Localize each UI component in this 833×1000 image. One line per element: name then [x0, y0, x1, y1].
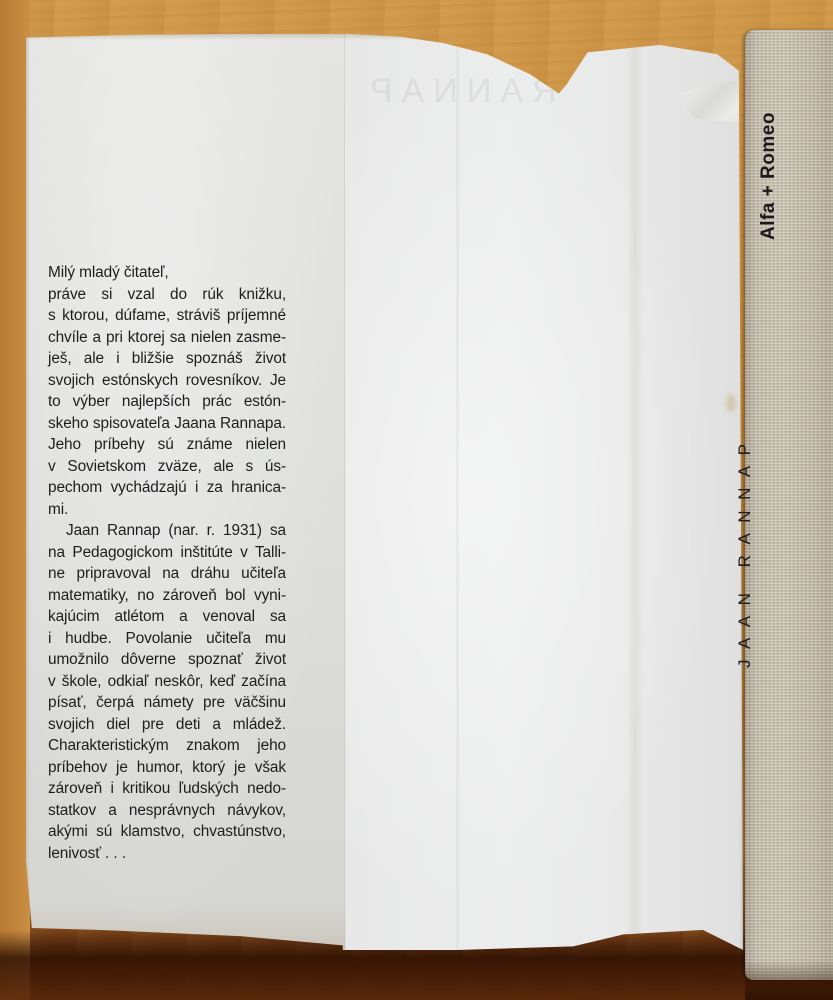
blurb-line: chvíle a pri ktorej sa nielen zasme-	[48, 327, 286, 349]
blurb-paragraph-2: Jaan Rannap (nar. r. 1931) sa na Pedagog…	[48, 520, 286, 864]
blurb-line: svojich estónskych rovesníkov. Je	[48, 370, 286, 392]
blurb-line: zároveň i kritikou ľudských nedo-	[48, 778, 286, 800]
blurb-line: príbehov je humor, ktorý je však	[48, 757, 286, 779]
blurb-line: lenivosť . . .	[48, 843, 286, 865]
blurb-line: na Pedagogickom inštitúte v Talli-	[48, 542, 286, 564]
blurb-line: písať, čerpá námety pre väčšinu	[48, 692, 286, 714]
blurb-line: akými sú klamstvo, chvastúnstvo,	[48, 821, 286, 843]
blurb-line: v Sovietskom zväze, ale s ús-	[48, 456, 286, 478]
blurb-line: Jaan Rannap (nar. r. 1931) sa	[48, 520, 286, 542]
paper-stain	[726, 394, 736, 412]
spine-shadow	[745, 960, 833, 1000]
blurb-line: mi.	[48, 499, 286, 521]
blurb-line: Milý mladý čitateľ,	[48, 262, 286, 284]
spine-author: JAAN RANNAP	[735, 433, 755, 668]
table-edge	[0, 0, 30, 1000]
blurb-line: Charakteristickým znakom jeho	[48, 735, 286, 757]
show-through-title: RANNAP	[361, 72, 557, 111]
blurb-line: i hudbe. Povolanie učiteľa mu	[48, 628, 286, 650]
blurb-line: matematiky, no zároveň bol vyni-	[48, 585, 286, 607]
blurb-line: práve si vzal do rúk knižku,	[48, 284, 286, 306]
flap-blurb: Milý mladý čitateľ, práve si vzal do rúk…	[48, 262, 286, 864]
jacket-back-panel	[346, 34, 746, 950]
blurb-line: svojich diel pre deti a mládež.	[48, 714, 286, 736]
blurb-line: s ktorou, dúfame, stráviš príjemné	[48, 305, 286, 327]
flap-edge	[26, 34, 30, 950]
blurb-line: ne pripravoval na dráhu učiteľa	[48, 563, 286, 585]
blurb-line: kajúcim atlétom a venoval sa	[48, 606, 286, 628]
paper-crease	[626, 34, 644, 950]
blurb-line: pechom vychádzajú i za hranica-	[48, 477, 286, 499]
blurb-paragraph-1: Milý mladý čitateľ, práve si vzal do rúk…	[48, 262, 286, 520]
blurb-line: ješ, ale i bližšie spoznáš život	[48, 348, 286, 370]
paper-crease	[456, 34, 459, 950]
blurb-line: to výber najlepších prác estón-	[48, 391, 286, 413]
flap-fold-line	[344, 34, 346, 950]
blurb-line: statkov a nesprávnych návykov,	[48, 800, 286, 822]
blurb-line: skeho spisovateľa Jaana Rannapa.	[48, 413, 286, 435]
blurb-line: v škole, odkiaľ neskôr, keď začína	[48, 671, 286, 693]
spine-title: Alfa + Romeo	[758, 112, 780, 240]
blurb-line: umožnilo dôverne spoznať život	[48, 649, 286, 671]
blurb-line: Jeho príbehy sú známe nielen	[48, 434, 286, 456]
